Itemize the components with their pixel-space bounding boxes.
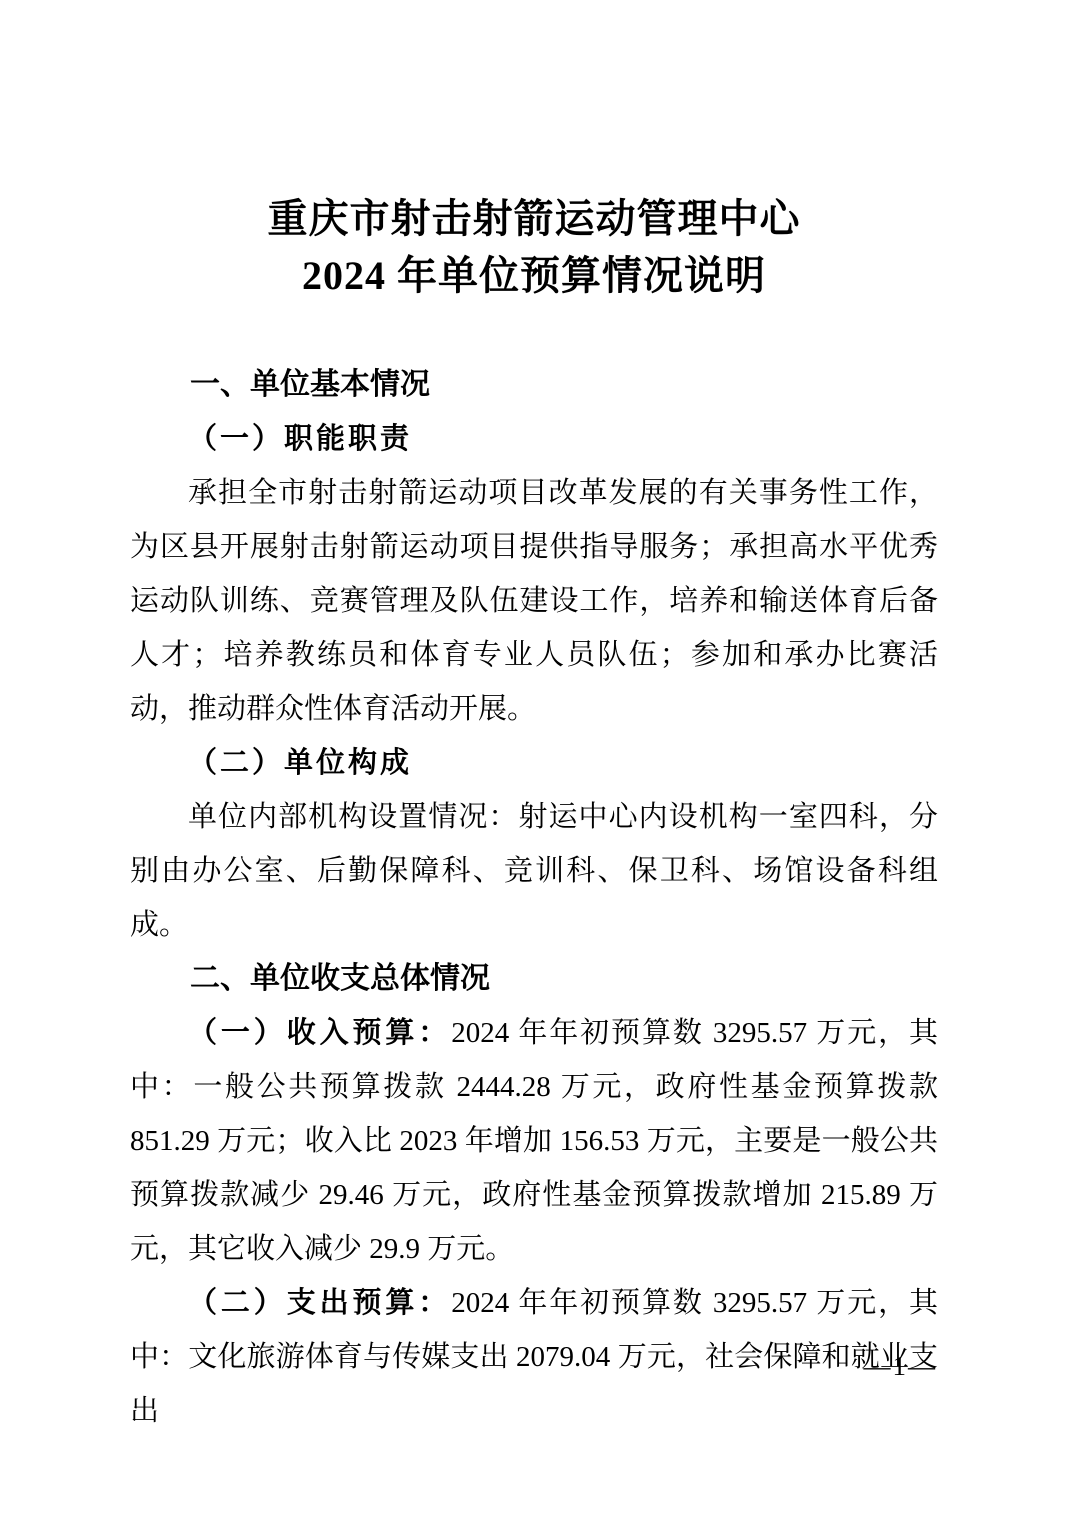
document-page: 重庆市射击射箭运动管理中心 2024 年单位预算情况说明 一、单位基本情况 （一… [0,0,1074,1520]
page-number: —1— [864,1350,938,1382]
paragraph-income-budget: （一）收入预算：2024 年年初预算数 3295.57 万元，其中：一般公共预算… [130,1006,938,1276]
title-line-2: 2024 年单位预算情况说明 [130,247,938,304]
document-body: 一、单位基本情况 （一）职能职责 承担全市射击射箭运动项目改革发展的有关事务性工… [130,358,938,1438]
heading-section-1-2: （二）单位构成 [130,736,938,790]
paragraph-composition: 单位内部机构设置情况：射运中心内设机构一室四科，分别由办公室、后勤保障科、竞训科… [130,790,938,952]
heading-section-2: 二、单位收支总体情况 [130,952,938,1006]
heading-section-1: 一、单位基本情况 [130,358,938,412]
document-title: 重庆市射击射箭运动管理中心 2024 年单位预算情况说明 [130,190,938,304]
income-budget-text: 2024 年年初预算数 3295.57 万元，其中：一般公共预算拨款 2444.… [130,1017,938,1265]
paragraph-duties: 承担全市射击射箭运动项目改革发展的有关事务性工作，为区县开展射击射箭运动项目提供… [130,466,938,736]
heading-section-1-1: （一）职能职责 [130,412,938,466]
expense-budget-lead: （二）支出预算： [188,1287,451,1319]
paragraph-expense-budget: （二）支出预算：2024 年年初预算数 3295.57 万元，其中：文化旅游体育… [130,1276,938,1438]
title-line-1: 重庆市射击射箭运动管理中心 [130,190,938,247]
income-budget-lead: （一）收入预算： [188,1017,451,1049]
